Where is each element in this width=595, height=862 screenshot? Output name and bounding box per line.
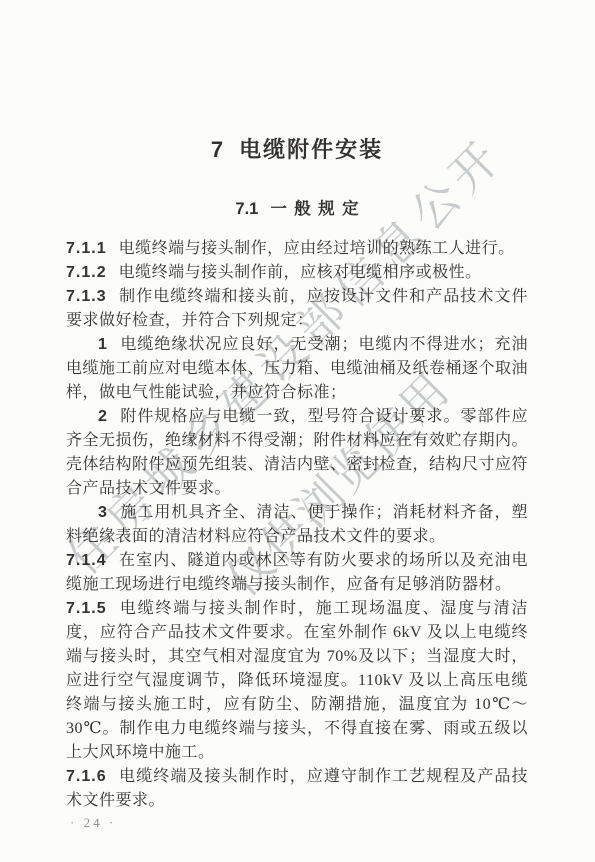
body-text: 7.1.1电缆终端与接头制作，应由经过培训的熟练工人进行。 7.1.2电缆终端与… <box>66 237 528 813</box>
clause-text: 电缆终端与接头制作，应由经过培训的熟练工人进行。 <box>119 240 515 257</box>
clause-number: 7.1.1 <box>66 240 107 257</box>
clause-text: 电缆终端及接头制作时，应遵守制作工艺规程及产品技术文件要求。 <box>66 768 528 809</box>
subitem-number: 3 <box>98 504 108 521</box>
clause-number: 7.1.2 <box>66 264 107 281</box>
clause-7-1-4: 7.1.4在室内、隧道内或林区等有防火要求的场所以及充油电缆施工现场进行电缆终端… <box>66 549 528 597</box>
clause-number: 7.1.3 <box>66 288 107 305</box>
subitem-text: 电缆绝缘状况应良好，无受潮；电缆内不得进水；充油电缆施工前应对电缆本体、压力箱、… <box>66 336 528 401</box>
clause-7-1-5: 7.1.5电缆终端与接头制作时，施工现场温度、湿度与清洁度，应符合产品技术文件要… <box>66 597 528 765</box>
clause-7-1-3: 7.1.3制作电缆终端和接头前，应按设计文件和产品技术文件要求做好检查，并符合下… <box>66 285 528 333</box>
clause-7-1-1: 7.1.1电缆终端与接头制作，应由经过培训的熟练工人进行。 <box>66 237 528 261</box>
page-content: 7电缆附件安装 7.1一般规定 7.1.1电缆终端与接头制作，应由经过培训的熟练… <box>66 137 528 831</box>
clause-number: 7.1.5 <box>66 600 107 617</box>
subitem-2: 2附件规格应与电缆一致，型号符合设计要求。零部件应齐全无损伤，绝缘材料不得受潮；… <box>66 405 528 501</box>
subitem-text: 施工用机具齐全、清洁、便于操作；消耗材料齐备，塑料绝缘表面的清洁材料应符合产品技… <box>66 504 528 545</box>
subitem-3: 3施工用机具齐全、清洁、便于操作；消耗材料齐备，塑料绝缘表面的清洁材料应符合产品… <box>66 501 528 549</box>
subitem-1: 1电缆绝缘状况应良好，无受潮；电缆内不得进水；充油电缆施工前应对电缆本体、压力箱… <box>66 333 528 405</box>
clause-7-1-2: 7.1.2电缆终端与接头制作前，应核对电缆相序或极性。 <box>66 261 528 285</box>
clause-number: 7.1.6 <box>66 768 107 785</box>
document-page: 住房城乡建设部信息公开 仅供浏览使用 7电缆附件安装 7.1一般规定 7.1.1… <box>0 0 595 862</box>
subitem-number: 1 <box>98 336 108 353</box>
section-title: 一般规定 <box>270 200 366 218</box>
section-heading: 7.1一般规定 <box>66 199 528 219</box>
chapter-number: 7 <box>211 137 223 162</box>
section-number: 7.1 <box>235 200 258 218</box>
clause-7-1-6: 7.1.6电缆终端及接头制作时，应遵守制作工艺规程及产品技术文件要求。 <box>66 765 528 813</box>
clause-text: 制作电缆终端和接头前，应按设计文件和产品技术文件要求做好检查，并符合下列规定： <box>66 288 528 329</box>
clause-number: 7.1.4 <box>66 552 107 569</box>
clause-text: 电缆终端与接头制作前，应核对电缆相序或极性。 <box>119 264 482 281</box>
chapter-title: 电缆附件安装 <box>239 137 383 162</box>
subitem-number: 2 <box>98 408 108 425</box>
page-number: · 24 · <box>70 815 528 831</box>
clause-text: 在室内、隧道内或林区等有防火要求的场所以及充油电缆施工现场进行电缆终端与接头制作… <box>66 552 528 593</box>
subitem-text: 附件规格应与电缆一致，型号符合设计要求。零部件应齐全无损伤，绝缘材料不得受潮；附… <box>66 408 528 497</box>
chapter-heading: 7电缆附件安装 <box>66 137 528 163</box>
clause-text: 电缆终端与接头制作时，施工现场温度、湿度与清洁度，应符合产品技术文件要求。在室外… <box>66 600 528 761</box>
